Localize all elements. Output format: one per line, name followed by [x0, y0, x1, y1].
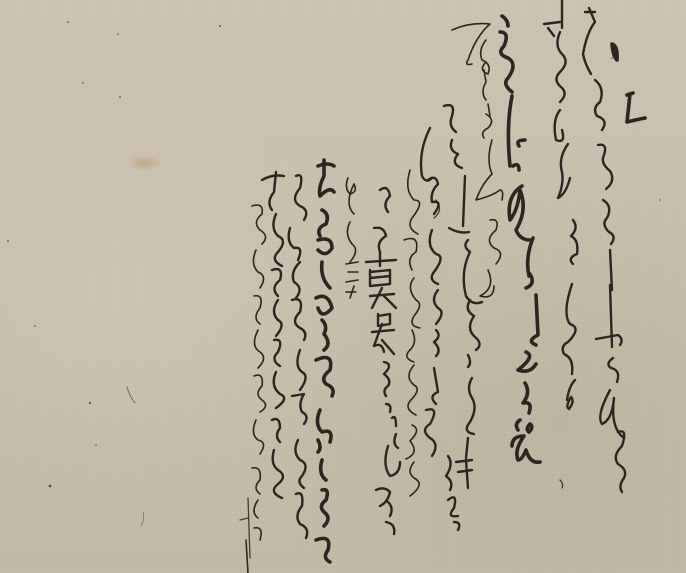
manuscript-paper: に きんつろうかし もとのほる せうすもみなうけよかうて うへにのけやしうそまれ… [0, 0, 686, 573]
ink-bleed [0, 0, 686, 573]
